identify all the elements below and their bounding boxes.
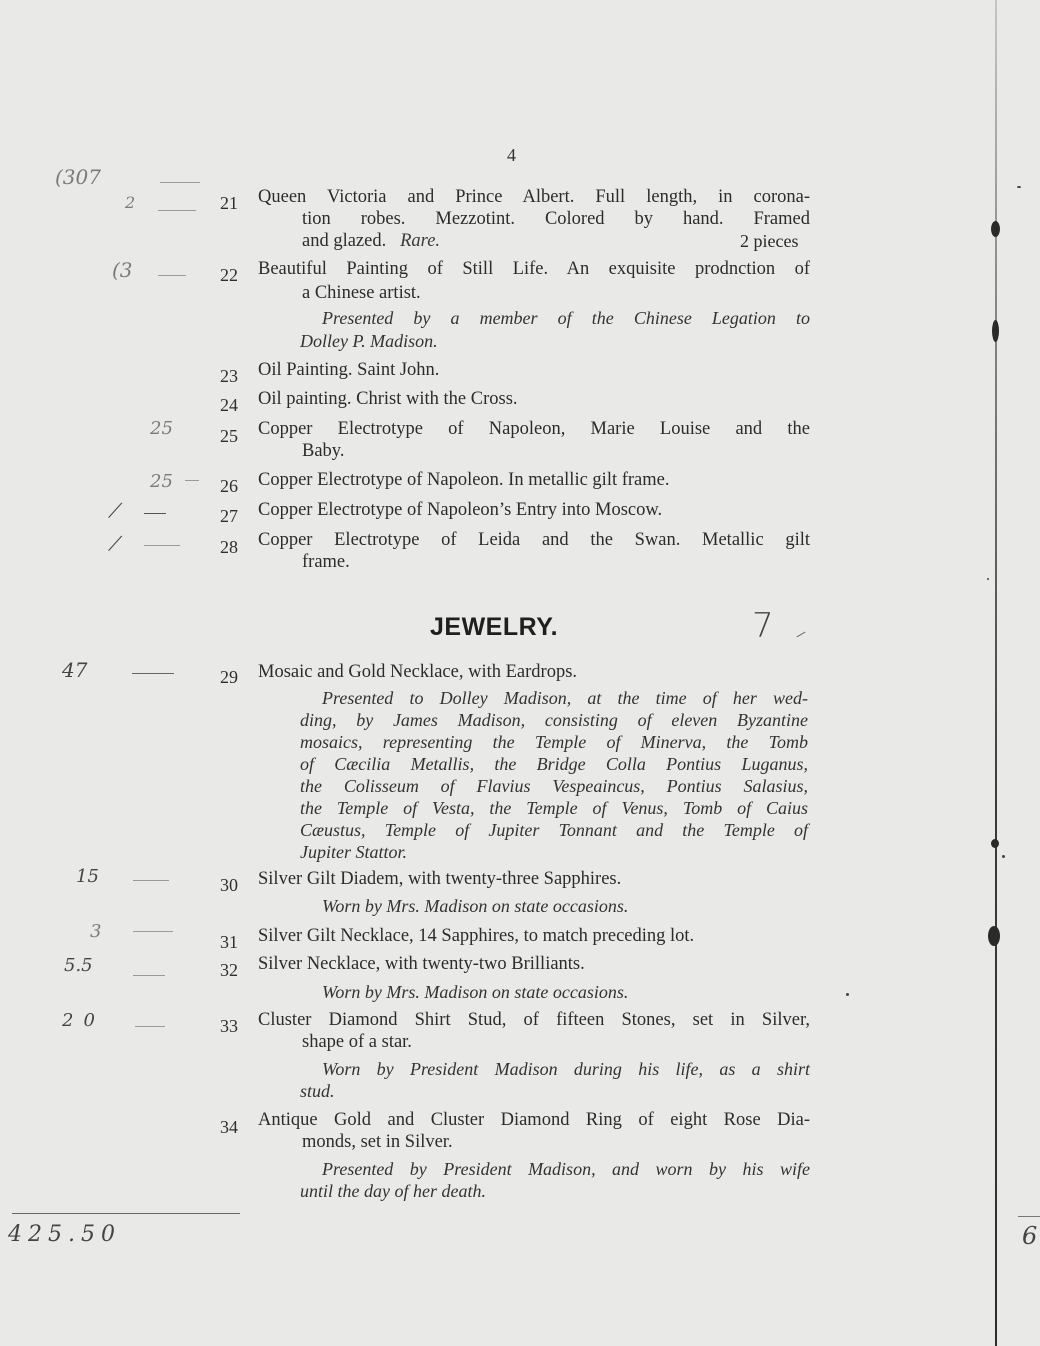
- provenance-note: Presented by a member of the Chinese Leg…: [322, 308, 810, 329]
- price-dash: [144, 513, 166, 514]
- ink-blot: [992, 320, 999, 342]
- provenance-note: Presented by President Madison, and worn…: [322, 1159, 810, 1180]
- provenance-note: ding, by James Madison, consisting of el…: [300, 710, 808, 731]
- entry-text: tion robes. Mezzotint. Colored by hand. …: [302, 209, 810, 230]
- price-dash: [135, 1026, 165, 1027]
- entry-text: frame.: [302, 552, 350, 573]
- handwritten-price: (307: [55, 165, 101, 189]
- section-heading: JEWELRY.: [430, 613, 558, 642]
- price-dash: [185, 480, 199, 481]
- lot-number: 22: [208, 265, 238, 286]
- provenance-note: until the day of her death.: [300, 1181, 486, 1202]
- price-dash: [133, 880, 169, 881]
- entry-text: Silver Necklace, with twenty-two Brillia…: [258, 954, 585, 975]
- total-rule: [12, 1213, 240, 1214]
- handwritten-price: /: [106, 500, 124, 521]
- lot-number: 24: [208, 395, 238, 416]
- lot-number: 31: [208, 932, 238, 953]
- edge-handwriting: 6: [1022, 1222, 1037, 1250]
- handwritten-total: 425.50: [8, 1222, 121, 1247]
- entry-text: Antique Gold and Cluster Diamond Ring of…: [258, 1110, 810, 1131]
- lot-number: 28: [208, 537, 238, 558]
- lot-number: 25: [208, 426, 238, 447]
- provenance-note: Worn by Mrs. Madison on state occasions.: [322, 896, 628, 917]
- entry-text: Copper Electrotype of Napoleon, Marie Lo…: [258, 419, 810, 440]
- entry-text: Copper Electrotype of Napoleon. In metal…: [258, 470, 669, 491]
- entry-text: Copper Electrotype of Napoleon’s Entry i…: [258, 500, 662, 521]
- entry-text: Silver Gilt Diadem, with twenty-three Sa…: [258, 869, 621, 890]
- provenance-note: Worn by Mrs. Madison on state occasions.: [322, 982, 628, 1003]
- entry-text: Queen Victoria and Prince Albert. Full l…: [258, 187, 810, 208]
- entry-text: monds, set in Silver.: [302, 1132, 453, 1153]
- handwritten-price: 15: [76, 866, 99, 887]
- lot-number: 27: [208, 506, 238, 527]
- provenance-note: Cæustus, Temple of Jupiter Tonnant and t…: [300, 820, 808, 841]
- entry-text: Beautiful Painting of Still Life. An exq…: [258, 259, 810, 280]
- entry-text: Mosaic and Gold Necklace, with Eardrops.: [258, 662, 577, 683]
- entry-text: Oil painting. Christ with the Cross.: [258, 389, 518, 410]
- price-dash: [160, 182, 200, 183]
- entry-text: Oil Painting. Saint John.: [258, 360, 439, 381]
- entry-text: shape of a star.: [302, 1032, 412, 1053]
- handwritten-price: (3: [112, 258, 133, 282]
- entry-text: Copper Electrotype of Leida and the Swan…: [258, 530, 810, 551]
- provenance-note: mosaics, representing the Temple of Mine…: [300, 732, 808, 753]
- lot-number: 33: [208, 1016, 238, 1037]
- provenance-note: Worn by President Madison during his lif…: [322, 1059, 810, 1080]
- lot-number: 26: [208, 476, 238, 497]
- lot-number: 34: [208, 1117, 238, 1138]
- page-edge-line: [995, 0, 997, 1346]
- provenance-note: Jupiter Stattor.: [300, 842, 407, 863]
- price-dash: [133, 975, 165, 976]
- entry-text: Baby.: [302, 441, 344, 462]
- provenance-note: stud.: [300, 1081, 335, 1102]
- handwritten-price: 2: [125, 193, 135, 212]
- ink-blot: [991, 221, 1000, 237]
- speck: [987, 578, 989, 580]
- handwritten-price: 47: [62, 658, 87, 682]
- lot-number: 23: [208, 366, 238, 387]
- heading-mark-dash: [796, 632, 805, 638]
- ink-blot: [988, 926, 1000, 946]
- handwritten-price: 3: [90, 921, 101, 942]
- provenance-note: of Cæcilia Metallis, the Bridge Colla Po…: [300, 754, 808, 775]
- handwritten-price: 5.5: [64, 955, 93, 976]
- entry-text: Silver Gilt Necklace, 14 Sapphires, to m…: [258, 926, 694, 947]
- entry-text: and glazed. Rare.: [302, 231, 440, 252]
- entry-text-part: and glazed.: [302, 231, 386, 251]
- price-dash: [158, 210, 196, 211]
- provenance-note: Dolley P. Madison.: [300, 331, 438, 352]
- page-number: 4: [507, 145, 516, 166]
- handwritten-price: 20: [62, 1010, 105, 1031]
- rarity-label: Rare.: [400, 231, 440, 251]
- lot-number: 30: [208, 875, 238, 896]
- lot-number: 29: [208, 667, 238, 688]
- handwritten-price: 25: [150, 471, 173, 492]
- speck: [846, 993, 849, 996]
- handwritten-price: /: [106, 533, 124, 554]
- quantity-label: 2 pieces: [740, 231, 798, 252]
- provenance-note: the Colisseum of Flavius Vespeaincus, Po…: [300, 776, 808, 797]
- price-dash: [158, 275, 186, 276]
- ink-blot: [991, 839, 999, 848]
- price-dash: [133, 931, 173, 932]
- price-dash: [144, 545, 180, 546]
- edge-rule: [1018, 1216, 1040, 1217]
- lot-number: 32: [208, 960, 238, 981]
- handwritten-heading-mark: 7: [752, 606, 774, 646]
- handwritten-price: 25: [150, 418, 173, 439]
- speck: [1017, 186, 1021, 188]
- provenance-note: the Temple of Vesta, the Temple of Venus…: [300, 798, 808, 819]
- entry-text: Cluster Diamond Shirt Stud, of fifteen S…: [258, 1010, 810, 1031]
- provenance-note: Presented to Dolley Madison, at the time…: [322, 688, 808, 709]
- lot-number: 21: [208, 193, 238, 214]
- price-dash: [132, 673, 174, 674]
- speck: [1002, 855, 1005, 858]
- entry-text: a Chinese artist.: [302, 283, 421, 304]
